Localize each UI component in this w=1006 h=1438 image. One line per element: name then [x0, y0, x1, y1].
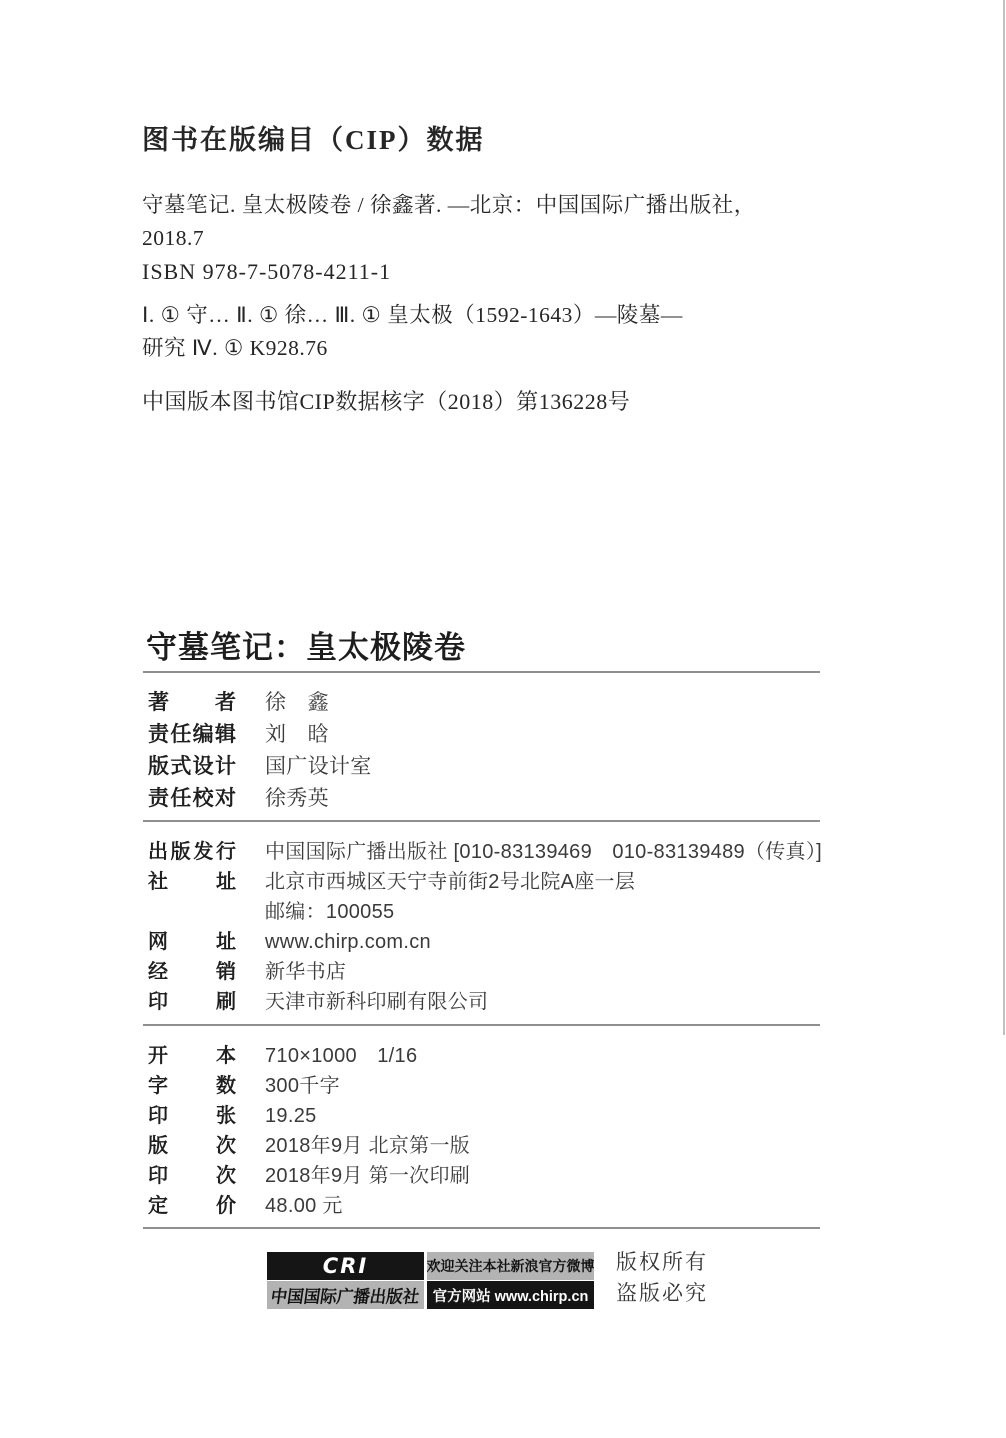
staff-row-proofreader: 责任校对 徐秀英 — [148, 782, 372, 814]
cip-heading: 图书在版编目（CIP）数据 — [142, 118, 902, 157]
cip-isbn-line: ISBN 978-7-5078-4211-1 — [142, 255, 902, 288]
staff-label: 责任校对 — [148, 782, 236, 812]
pub-row-postcode: 邮编：100055 — [148, 895, 822, 925]
staff-value: 徐 鑫 — [265, 686, 329, 716]
pub-row-website: 网 址 www.chirp.com.cn — [148, 925, 822, 955]
pub-value: www.chirp.com.cn — [265, 931, 431, 954]
staff-value: 徐秀英 — [265, 782, 329, 812]
spec-row-price: 定 价 48.00 元 — [148, 1189, 470, 1219]
staff-row-layout-design: 版式设计 国广设计室 — [148, 750, 372, 782]
pub-value: 天津市新科印刷有限公司 — [265, 985, 488, 1014]
spec-value: 300千字 — [265, 1069, 340, 1098]
staff-value: 国广设计室 — [265, 750, 372, 780]
spec-row-sheets: 印 张 19.25 — [148, 1099, 470, 1129]
divider-under-publishing — [143, 1024, 820, 1026]
pub-value: 北京市西城区天宁寺前街2号北院A座一层 — [265, 865, 635, 894]
book-title: 守墓笔记：皇太极陵卷 — [146, 622, 466, 667]
spec-value: 48.00 元 — [265, 1189, 343, 1218]
divider-under-staff — [143, 820, 820, 822]
spec-value: 19.25 — [265, 1105, 317, 1128]
pub-row-address: 社 址 北京市西城区天宁寺前街2号北院A座一层 — [148, 865, 822, 895]
spec-value: 2018年9月 第一次印刷 — [265, 1159, 470, 1188]
website-cell: 官方网站 www.chirp.cn — [427, 1281, 594, 1309]
copyright-page: 图书在版编目（CIP）数据 守墓笔记. 皇太极陵卷 / 徐鑫著. —北京：中国国… — [0, 0, 1006, 1438]
cip-classification-line-1: Ⅰ. ① 守… Ⅱ. ① 徐… Ⅲ. ① 皇太极（1592-1643）—陵墓— — [142, 299, 902, 332]
spec-row-format: 开 本 710×1000 1/16 — [148, 1039, 470, 1069]
divider-under-specs — [143, 1227, 820, 1229]
cip-classification-line-2: 研究 Ⅳ. ① K928.76 — [142, 332, 902, 365]
spec-value: 710×1000 1/16 — [265, 1039, 417, 1068]
pub-value: 新华书店 — [265, 955, 346, 984]
spec-label: 开 本 — [148, 1039, 236, 1068]
pub-value: 中国国际广播出版社 [010-83139469 010-83139489（传真）… — [265, 835, 822, 864]
weibo-notice-cell: 欢迎关注本社新浪官方微博 — [427, 1252, 594, 1280]
pub-label: 出版发行 — [148, 835, 236, 864]
pub-label: 经 销 — [148, 955, 236, 984]
cri-logo-cell: CRI — [267, 1252, 424, 1280]
pub-row-distributor: 经 销 新华书店 — [148, 955, 822, 985]
pub-label: 印 刷 — [148, 985, 236, 1014]
spec-label: 定 价 — [148, 1189, 236, 1218]
scan-edge-artifact — [1003, 0, 1005, 1035]
staff-value: 刘 晗 — [265, 718, 329, 748]
pub-row-printer: 印 刷 天津市新科印刷有限公司 — [148, 985, 822, 1015]
spec-row-edition: 版 次 2018年9月 北京第一版 — [148, 1129, 470, 1159]
cip-title-line: 守墓笔记. 皇太极陵卷 / 徐鑫著. —北京：中国国际广播出版社， — [142, 189, 902, 222]
weibo-notice-text: 欢迎关注本社新浪官方微博 — [427, 1256, 594, 1276]
staff-row-author: 著 者 徐 鑫 — [148, 686, 372, 718]
spec-row-impression: 印 次 2018年9月 第一次印刷 — [148, 1159, 470, 1189]
staff-label: 版式设计 — [148, 750, 236, 780]
staff-row-editor: 责任编辑 刘 晗 — [148, 718, 372, 750]
official-website-text: 官方网站 www.chirp.cn — [433, 1285, 589, 1306]
staff-label: 著 者 — [148, 686, 236, 716]
spec-value: 2018年9月 北京第一版 — [265, 1129, 470, 1158]
spec-list: 开 本 710×1000 1/16 字 数 300千字 印 张 19.25 版 … — [148, 1039, 470, 1219]
pub-row-publisher: 出版发行 中国国际广播出版社 [010-83139469 010-8313948… — [148, 835, 822, 865]
spec-label: 字 数 — [148, 1069, 236, 1098]
cip-year-line: 2018.7 — [142, 222, 902, 255]
publisher-script-cell: 中国国际广播出版社 — [267, 1281, 424, 1309]
copyright-notice: 版权所有 盗版必究 — [616, 1247, 708, 1309]
cri-publisher-banner: CRI 欢迎关注本社新浪官方微博 中国国际广播出版社 官方网站 www.chir… — [267, 1252, 594, 1309]
divider-under-title — [143, 671, 820, 673]
spec-label: 印 张 — [148, 1099, 236, 1128]
pub-label: 社 址 — [148, 865, 236, 894]
publisher-script-text: 中国国际广播出版社 — [269, 1282, 421, 1307]
publishing-list: 出版发行 中国国际广播出版社 [010-83139469 010-8313948… — [148, 835, 822, 1015]
spec-label: 版 次 — [148, 1129, 236, 1158]
staff-list: 著 者 徐 鑫 责任编辑 刘 晗 版式设计 国广设计室 责任校对 徐秀英 — [148, 686, 372, 814]
staff-label: 责任编辑 — [148, 718, 236, 748]
cri-logo: CRI — [323, 1254, 368, 1278]
cip-block: 图书在版编目（CIP）数据 守墓笔记. 皇太极陵卷 / 徐鑫著. —北京：中国国… — [142, 118, 902, 418]
pub-label: 网 址 — [148, 925, 236, 954]
spec-label: 印 次 — [148, 1159, 236, 1188]
spec-row-word-count: 字 数 300千字 — [148, 1069, 470, 1099]
pub-value: 邮编：100055 — [265, 895, 394, 924]
copyright-line-1: 版权所有 — [616, 1247, 708, 1278]
cip-record-number: 中国版本图书馆CIP数据核字（2018）第136228号 — [142, 385, 902, 418]
copyright-line-2: 盗版必究 — [616, 1278, 708, 1309]
